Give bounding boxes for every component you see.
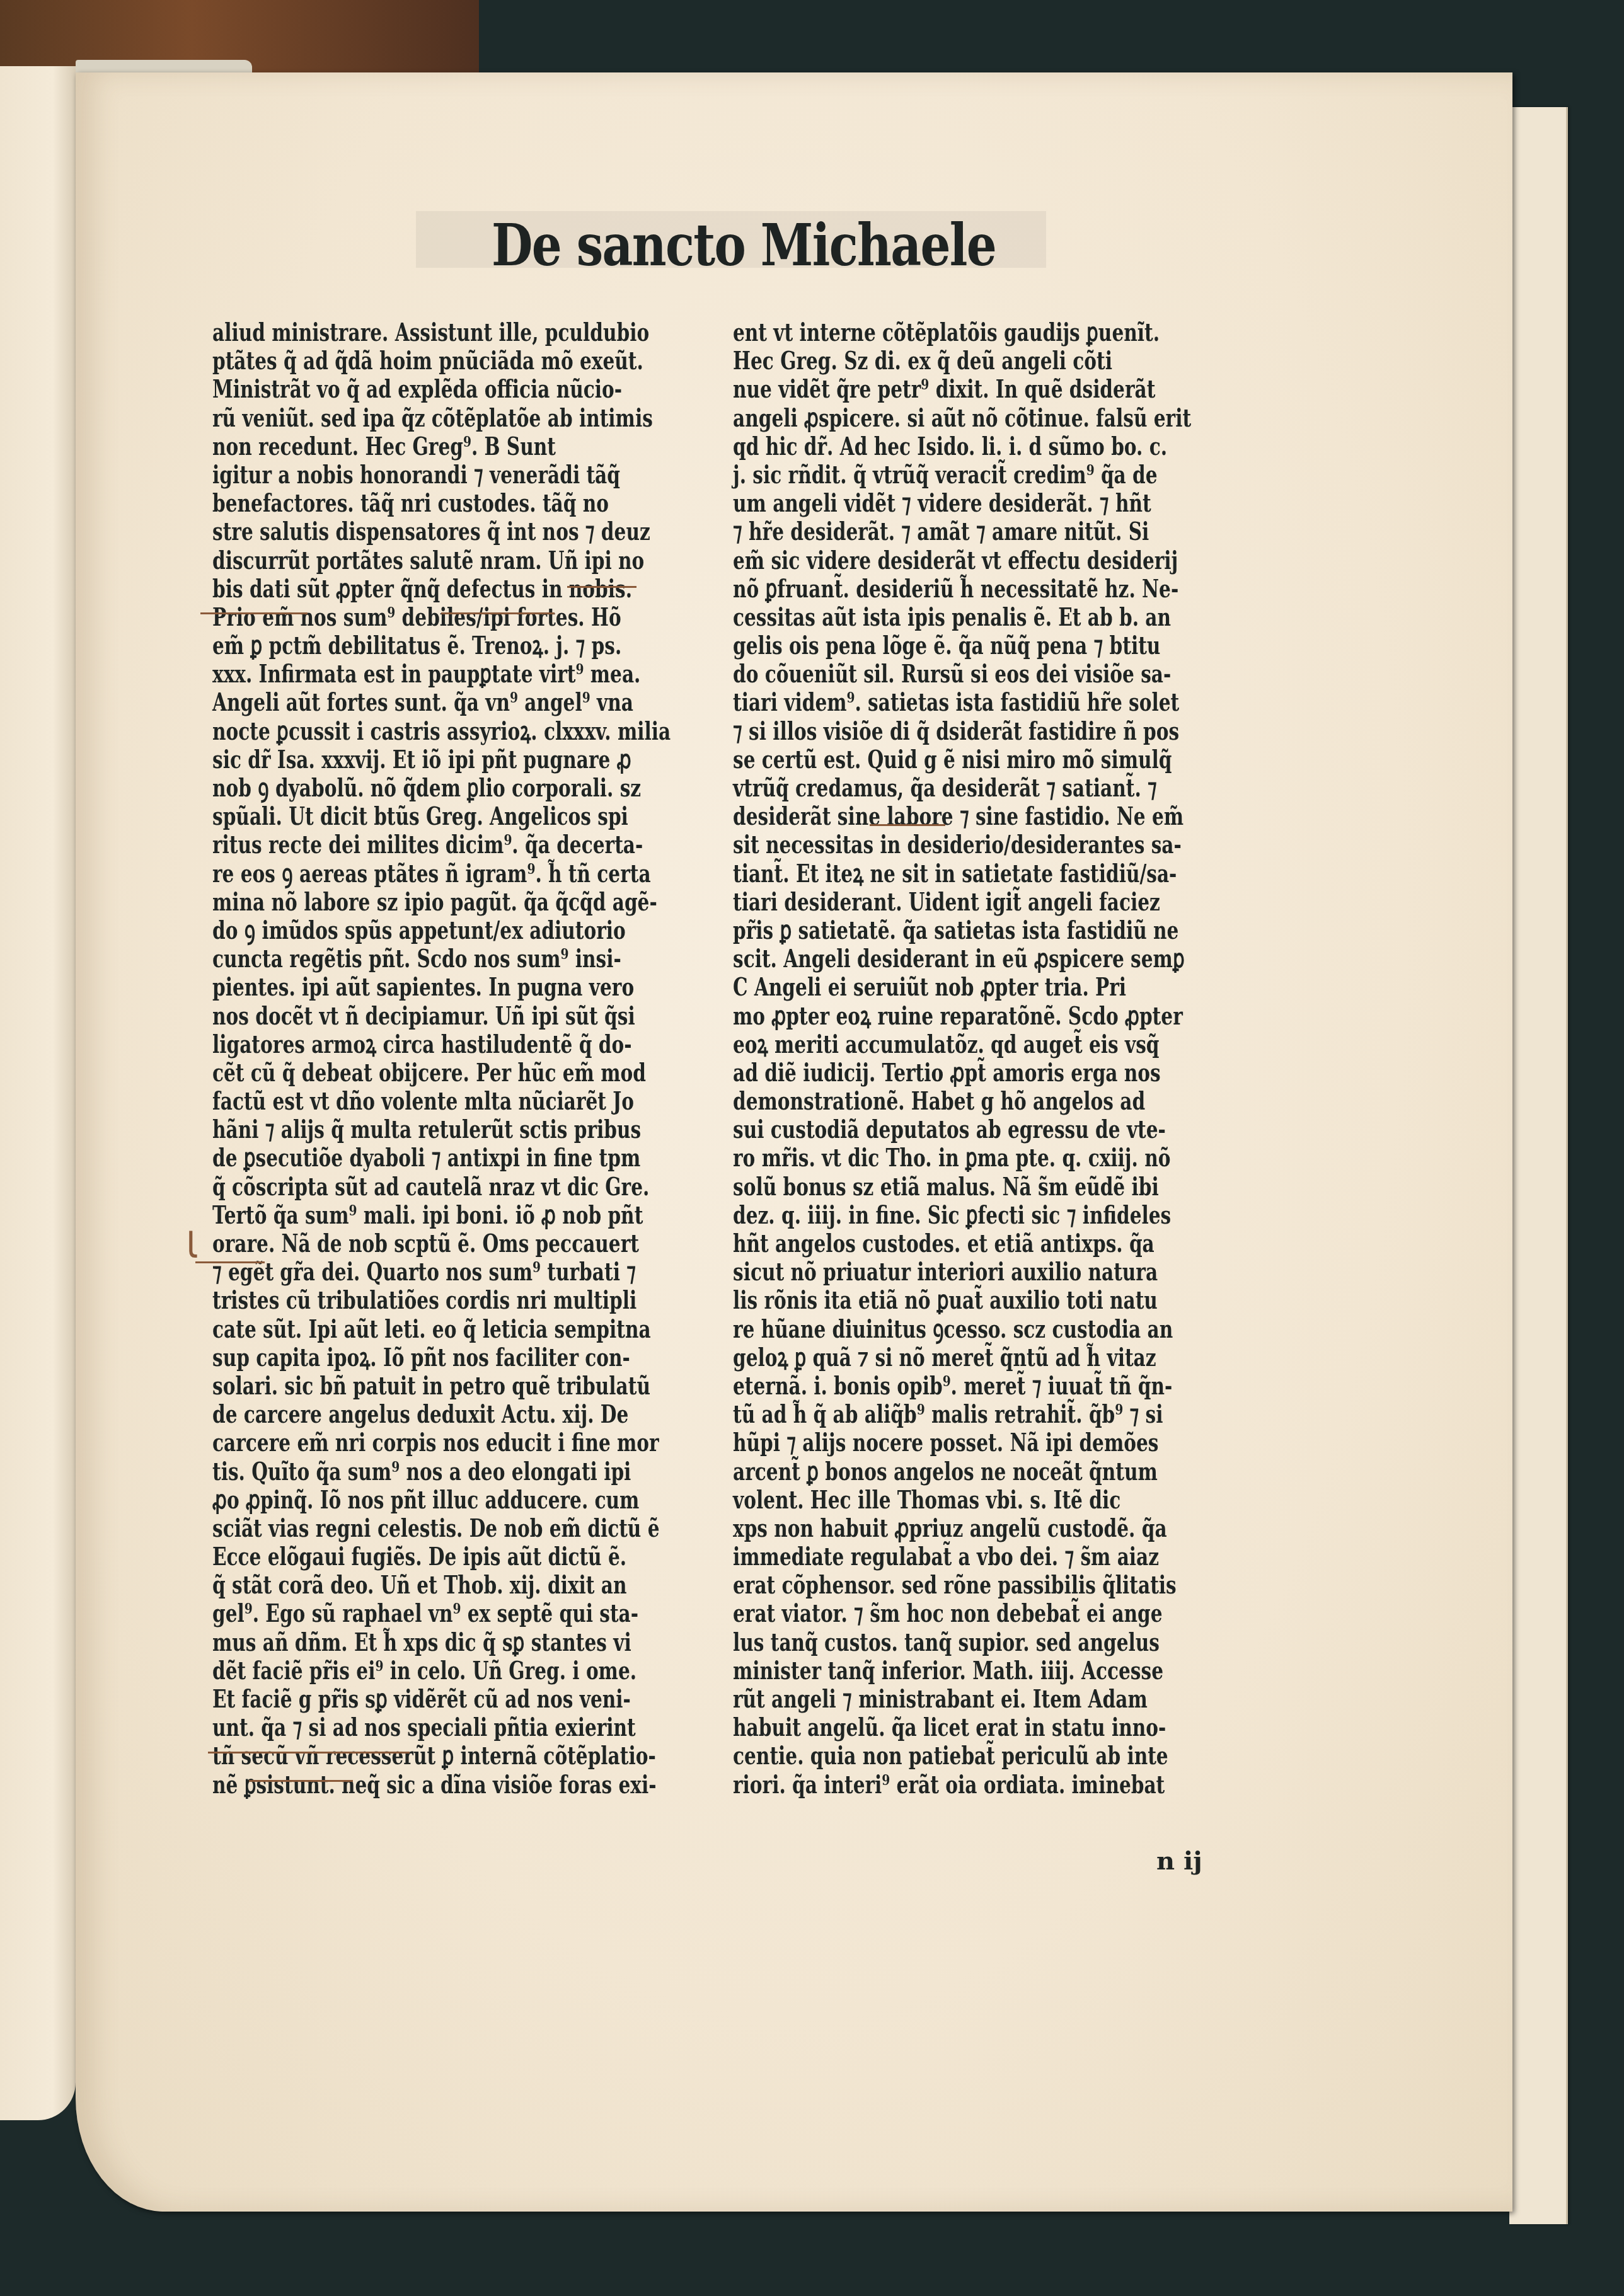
- text-line: tristes cũ tribulatiões cordis nri multi…: [212, 1286, 717, 1314]
- text-line-content: arcent̃ ꝑ bonos angelos ne noceãt q̃ntum: [733, 1457, 1158, 1486]
- text-line: tiant̃. Et iteꝝ ne sit in satietate fast…: [733, 859, 1237, 888]
- text-line: nõ ꝑfruant̃. desideriũ h̃ necessitatẽ hz…: [733, 575, 1237, 603]
- text-line: mina nõ labore sz ipio pagũt. q̃a q̃cq̃d…: [212, 888, 717, 916]
- text-line: sup capita ipoꝝ. Iõ pñt nos faciliter co…: [212, 1343, 717, 1372]
- text-line-content: erat viator. ⁊ s̃m hoc non debebat̃ ei a…: [733, 1599, 1163, 1627]
- annotation-underline: [567, 586, 636, 588]
- text-line-content: sit necessitas in desiderio/desiderantes…: [733, 830, 1182, 859]
- text-line: xps non habuit ꝓpriuz angelũ custodẽ. q̃…: [733, 1514, 1237, 1542]
- text-line-content: sic dr̃ Isa. xxxvij. Et iõ ipi pñt pugna…: [212, 745, 631, 774]
- text-line: desiderãt sine labore ⁊ sine fastidio. N…: [733, 802, 1237, 830]
- text-line: re hũane diuinitus ꝯcesso. scz custodia …: [733, 1315, 1237, 1343]
- text-line-content: Hec Greg. Sz di. ex q̃ deũ angeli cõti: [733, 347, 1112, 375]
- text-line-content: tristes cũ tribulatiões cordis nri multi…: [212, 1286, 636, 1314]
- text-line-content: xxx. Infirmata est in paupꝑtate virt⁹ me…: [212, 660, 640, 688]
- text-line: nẽ ꝑsistunt. neq̃ sic a dĩna visiõe fora…: [212, 1771, 717, 1799]
- text-line-content: hãni ⁊ alijs q̃ multa retulerũt sctis pr…: [212, 1115, 641, 1144]
- text-line-content: sui custodiã deputatos ab egressu de vte…: [733, 1115, 1166, 1144]
- text-line-content: q̃ cõscripta sũt ad cautelã nraz vt dic …: [212, 1173, 649, 1201]
- text-line: bis dati sũt ꝓpter q̃nq̃ defectus in nob…: [212, 575, 717, 603]
- text-line: tiari videm⁹. satietas ista fastidiũ hr̃…: [733, 688, 1237, 716]
- text-line-content: volent. Hec ille Thomas vbi. s. Itẽ dic: [733, 1486, 1120, 1514]
- text-line-content: riori. q̃a interi⁹ erãt oia ordiata. imi…: [733, 1771, 1165, 1799]
- text-line-content: do cõueniũt sil. Rursũ si eos dei visiõe…: [733, 660, 1171, 688]
- text-line-content: ritus recte dei milites dicim⁹. q̃a dece…: [212, 830, 643, 859]
- text-line: ptãtes q̃ ad q̃dã hoim pnũciãda mõ exeũt…: [212, 347, 717, 375]
- text-line-content: vtrũq̃ credamus, q̃a desiderãt ⁊ satiant…: [733, 774, 1157, 802]
- text-line: gelis ois pena lõge ẽ. q̃a nũq̃ pena ⁊ b…: [733, 631, 1237, 660]
- text-line: ⁊ si illos visiõe di q̃ dsiderãt fastidi…: [733, 717, 1237, 745]
- text-line-content: spũali. Ut dicit btũs Greg. Angelicos sp…: [212, 802, 628, 830]
- text-line: sit necessitas in desiderio/desiderantes…: [733, 830, 1237, 859]
- text-line-content: immediate regulabat̃ a vbo dei. ⁊ s̃m ai…: [733, 1542, 1159, 1571]
- text-line-content: tiari desiderant. Uident igit̃ angeli fa…: [733, 888, 1160, 916]
- text-line: sic dr̃ Isa. xxxvij. Et iõ ipi pñt pugna…: [212, 745, 717, 774]
- text-line-content: non recedunt. Hec Greg⁹. B Sunt: [212, 432, 556, 461]
- text-line-content: angeli ꝓspicere. si aũt nõ cõtinue. fals…: [733, 404, 1191, 432]
- text-line: cate sũt. Ipi aũt leti. eo q̃ leticia se…: [212, 1315, 717, 1343]
- text-line-content: ro mr̃is. vt dic Tho. in ꝑma pte. q. cxi…: [733, 1144, 1170, 1172]
- text-line: vtrũq̃ credamus, q̃a desiderãt ⁊ satiant…: [733, 774, 1237, 802]
- text-line: angeli ꝓspicere. si aũt nõ cõtinue. fals…: [733, 404, 1237, 432]
- text-line-content: factũ est vt dño volente mlta nũciarẽt J…: [212, 1087, 634, 1115]
- text-line-content: Et faciẽ g pr̃is sꝑ vidẽrẽt cũ ad nos ve…: [212, 1685, 631, 1713]
- text-line: lis rõnis ita etiã nõ ꝑuat̃ auxilio toti…: [733, 1286, 1237, 1314]
- text-line-content: aliud ministrare. Assistunt ille, pculdu…: [212, 318, 649, 347]
- text-line: erat viator. ⁊ s̃m hoc non debebat̃ ei a…: [733, 1599, 1237, 1627]
- text-line-content: unt. q̃a ⁊ si ad nos speciali pñtia exie…: [212, 1713, 636, 1742]
- text-line: stre salutis dispensatores q̃ int nos ⁊ …: [212, 517, 717, 546]
- text-line: unt. q̃a ⁊ si ad nos speciali pñtia exie…: [212, 1713, 717, 1742]
- text-line-content: nob ꝯ dyabolũ. nõ q̃dem ꝑlio corporali. …: [212, 774, 641, 802]
- text-line: minister tanq̃ inferior. Math. iiij. Acc…: [733, 1656, 1237, 1685]
- text-line: igitur a nobis honorandi ⁊ venerãdi tãq̃: [212, 461, 717, 489]
- text-line-content: mina nõ labore sz ipio pagũt. q̃a q̃cq̃d…: [212, 888, 657, 916]
- text-line-content: nẽ ꝑsistunt. neq̃ sic a dĩna visiõe fora…: [212, 1771, 657, 1799]
- text-line: re eos ꝯ aereas ptãtes ñ igram⁹. h̃ tñ c…: [212, 859, 717, 888]
- facing-page-edge: [0, 66, 76, 2120]
- text-line-content: Ecce elõgaui fugiẽs. De ipis aũt dictũ ẽ…: [212, 1542, 626, 1571]
- text-line-content: habuit angelũ. q̃a licet erat in statu i…: [733, 1713, 1166, 1742]
- text-line-content: tiari videm⁹. satietas ista fastidiũ hr̃…: [733, 688, 1179, 716]
- text-line-content: mo ꝓpter eoꝝ ruine reparatõnẽ. Scdo ꝓpte…: [733, 1002, 1183, 1030]
- text-line-content: dez. q. iiij. in fine. Sic ꝑfecti sic ⁊ …: [733, 1201, 1171, 1229]
- text-line: dez. q. iiij. in fine. Sic ꝑfecti sic ⁊ …: [733, 1201, 1237, 1229]
- text-line-content: re eos ꝯ aereas ptãtes ñ igram⁹. h̃ tñ c…: [212, 859, 651, 888]
- text-line-content: cuncta regẽtis pñt. Scdo nos sum⁹ insi-: [212, 944, 621, 973]
- text-line: demonstrationẽ. Habet g hõ angelos ad: [733, 1087, 1237, 1115]
- text-line-content: em̃ ꝑ pctm̃ debilitatus ẽ. Trenoꝝ. j. ⁊ …: [212, 631, 621, 660]
- text-line: eoꝝ meriti accumulatõz. qd auget̃ eis vs…: [733, 1030, 1237, 1059]
- text-line: immediate regulabat̃ a vbo dei. ⁊ s̃m ai…: [733, 1542, 1237, 1571]
- text-line: Angeli aũt fortes sunt. q̃a vn⁹ angel⁹ v…: [212, 688, 717, 716]
- text-line-content: sicut nõ priuatur interiori auxilio natu…: [733, 1258, 1158, 1286]
- text-line-content: hñt angelos custodes. et etiã antixps. q…: [733, 1229, 1155, 1258]
- text-line: sciãt vias regni celestis. De nob em̃ di…: [212, 1514, 717, 1542]
- text-line: ꝓo ꝓpinq̃. Iõ nos pñt illuc adducere. cu…: [212, 1486, 717, 1514]
- text-line: rũt angeli ⁊ ministrabant ei. Item Adam: [733, 1685, 1237, 1713]
- text-line-content: Ministrãt vo q̃ ad explẽda officia nũcio…: [212, 375, 622, 403]
- text-line: nos docẽt vt ñ decipiamur. Uñ ipi sũt q̃…: [212, 1002, 717, 1030]
- text-line-content: nocte ꝑcussit i castris assyrioꝝ. clxxxv…: [212, 717, 671, 745]
- text-line-content: cate sũt. Ipi aũt leti. eo q̃ leticia se…: [212, 1315, 651, 1343]
- text-line-content: xps non habuit ꝓpriuz angelũ custodẽ. q̃…: [733, 1514, 1167, 1542]
- text-line-content: orare. Nã de nob scptũ ẽ. Oms peccauert: [212, 1229, 639, 1258]
- text-line-content: sup capita ipoꝝ. Iõ pñt nos faciliter co…: [212, 1343, 630, 1372]
- text-line: xxx. Infirmata est in paupꝑtate virt⁹ me…: [212, 660, 717, 688]
- text-line: Hec Greg. Sz di. ex q̃ deũ angeli cõti: [733, 347, 1237, 375]
- text-line: ad diẽ iudicij. Tertio ꝓpt̃ amoris erga …: [733, 1059, 1237, 1087]
- text-line-content: stre salutis dispensatores q̃ int nos ⁊ …: [212, 517, 650, 546]
- text-line-content: nos docẽt vt ñ decipiamur. Uñ ipi sũt q̃…: [212, 1002, 635, 1030]
- text-column-left: aliud ministrare. Assistunt ille, pculdu…: [212, 318, 717, 1799]
- text-line: Ecce elõgaui fugiẽs. De ipis aũt dictũ ẽ…: [212, 1542, 717, 1571]
- text-line-content: bis dati sũt ꝓpter q̃nq̃ defectus in nob…: [212, 575, 632, 603]
- text-line: em̃ sic videre desiderãt vt effectu desi…: [733, 546, 1237, 575]
- text-line: orare. Nã de nob scptũ ẽ. Oms peccauert: [212, 1229, 717, 1258]
- text-line: cuncta regẽtis pñt. Scdo nos sum⁹ insi-: [212, 944, 717, 973]
- text-line: non recedunt. Hec Greg⁹. B Sunt: [212, 432, 717, 461]
- text-line-content: tñ secũ vñ recesserũt ꝑ internã cõtẽplat…: [212, 1742, 656, 1770]
- text-line: rũ veniũt. sed ipa q̃z cõtẽplatõe ab int…: [212, 404, 717, 432]
- text-line: mo ꝓpter eoꝝ ruine reparatõnẽ. Scdo ꝓpte…: [733, 1002, 1237, 1030]
- running-head: De sancto Michaele: [492, 211, 996, 279]
- text-line: lus tanq̃ custos. tanq̃ supior. sed ange…: [733, 1628, 1237, 1656]
- text-line-content: cẽt cũ q̃ debeat obijcere. Per hũc em̃ m…: [212, 1059, 646, 1087]
- text-line-content: desiderãt sine labore ⁊ sine fastidio. N…: [733, 802, 1183, 830]
- text-line: pientes. ipi aũt sapientes. In pugna ver…: [212, 973, 717, 1001]
- text-line: sicut nõ priuatur interiori auxilio natu…: [733, 1258, 1237, 1286]
- annotation-margin-mark: ﺎ: [186, 1225, 197, 1266]
- text-line: discurrũt portãtes salutẽ nram. Uñ ipi n…: [212, 546, 717, 575]
- text-line: gel⁹. Ego sũ raphael vn⁹ ex septẽ qui st…: [212, 1599, 717, 1627]
- text-line-content: solũ bonus sz etiã malus. Nã s̃m eũdẽ ib…: [733, 1173, 1159, 1201]
- text-line-content: nue vidẽt q̃re petr⁹ dixit. In quẽ dside…: [733, 375, 1155, 403]
- text-line: arcent̃ ꝑ bonos angelos ne noceãt q̃ntum: [733, 1457, 1237, 1486]
- text-line-content: rũt angeli ⁊ ministrabant ei. Item Adam: [733, 1685, 1148, 1713]
- text-line-content: qd hic dr̃. Ad hec Isido. li. i. d sũmo …: [733, 432, 1167, 461]
- text-line-content: ꝓo ꝓpinq̃. Iõ nos pñt illuc adducere. cu…: [212, 1486, 639, 1514]
- text-line: cẽt cũ q̃ debeat obijcere. Per hũc em̃ m…: [212, 1059, 717, 1087]
- text-line: Tertõ q̃a sum⁹ mali. ipi boni. iõ ꝓ nob …: [212, 1201, 717, 1229]
- text-line-content: eternã. i. bonis opib⁹. meret̃ ⁊ iuuat̃ …: [733, 1372, 1172, 1400]
- text-line-content: demonstrationẽ. Habet g hõ angelos ad: [733, 1087, 1145, 1115]
- text-line: qd hic dr̃. Ad hec Isido. li. i. d sũmo …: [733, 432, 1237, 461]
- text-line: em̃ ꝑ pctm̃ debilitatus ẽ. Trenoꝝ. j. ⁊ …: [212, 631, 717, 660]
- text-line: habuit angelũ. q̃a licet erat in statu i…: [733, 1713, 1237, 1742]
- text-line: q̃ stãt corã deo. Uñ et Thob. xij. dixit…: [212, 1571, 717, 1599]
- text-line-content: discurrũt portãtes salutẽ nram. Uñ ipi n…: [212, 546, 644, 575]
- text-line-content: carcere em̃ nri corpis nos educit i fine…: [212, 1428, 659, 1457]
- text-line-content: ptãtes q̃ ad q̃dã hoim pnũciãda mõ exeũt…: [212, 347, 643, 375]
- text-line: dẽt faciẽ pr̃is ei⁹ in celo. Uñ Greg. i …: [212, 1656, 717, 1685]
- text-line: Ministrãt vo q̃ ad explẽda officia nũcio…: [212, 375, 717, 403]
- text-line-content: ⁊ hr̃e desiderãt. ⁊ amãt ⁊ amare nitũt. …: [733, 517, 1149, 546]
- text-line: hñt angelos custodes. et etiã antixps. q…: [733, 1229, 1237, 1258]
- text-line: ro mr̃is. vt dic Tho. in ꝑma pte. q. cxi…: [733, 1144, 1237, 1172]
- text-line-content: sciãt vias regni celestis. De nob em̃ di…: [212, 1514, 659, 1542]
- text-line: nocte ꝑcussit i castris assyrioꝝ. clxxxv…: [212, 717, 717, 745]
- text-line: de carcere angelus deduxit Actu. xij. De: [212, 1400, 717, 1428]
- text-line: do ꝯ imũdos spũs appetunt/ex adiutorio: [212, 916, 717, 944]
- text-line: volent. Hec ille Thomas vbi. s. Itẽ dic: [733, 1486, 1237, 1514]
- text-line-content: ad diẽ iudicij. Tertio ꝓpt̃ amoris erga …: [733, 1059, 1161, 1087]
- text-line: sui custodiã deputatos ab egressu de vte…: [733, 1115, 1237, 1144]
- text-line-content: dẽt faciẽ pr̃is ei⁹ in celo. Uñ Greg. i …: [212, 1656, 636, 1685]
- text-line-content: C Angeli ei seruiũt nob ꝓpter tria. Pri: [733, 973, 1126, 1001]
- text-line-content: nõ ꝑfruant̃. desideriũ h̃ necessitatẽ hz…: [733, 575, 1178, 603]
- text-line: tñ secũ vñ recesserũt ꝑ internã cõtẽplat…: [212, 1742, 717, 1770]
- text-line-content: minister tanq̃ inferior. Math. iiij. Acc…: [733, 1656, 1163, 1685]
- text-line-content: um angeli vidẽt ⁊ videre desiderãt. ⁊ hñ…: [733, 489, 1151, 517]
- text-line-content: de carcere angelus deduxit Actu. xij. De: [212, 1400, 628, 1428]
- text-line: hũpi ⁊ alijs nocere posset. Nã ipi demõe…: [733, 1428, 1237, 1457]
- text-line-content: j. sic rñdit. q̃ vtrũq̃ veracit̃ credim⁹…: [733, 461, 1158, 489]
- text-line-content: tis. Quĩto q̃a sum⁹ nos a deo elongati i…: [212, 1457, 631, 1486]
- text-line: cessitas aũt ista ipis penalis ẽ. Et ab …: [733, 603, 1237, 631]
- text-line: ent vt interne cõtẽplatõis gaudijs ꝑuenĩ…: [733, 318, 1237, 347]
- text-line-content: solari. sic bñ patuit in petro quẽ tribu…: [212, 1372, 650, 1400]
- text-line-content: se certũ est. Quid g ẽ nisi miro mõ simu…: [733, 745, 1172, 774]
- annotation-underline: [441, 612, 555, 614]
- text-line: ligatores armoꝝ circa hastiludentẽ q̃ do…: [212, 1030, 717, 1059]
- text-line: carcere em̃ nri corpis nos educit i fine…: [212, 1428, 717, 1457]
- text-line: riori. q̃a interi⁹ erãt oia ordiata. imi…: [733, 1771, 1237, 1799]
- text-line-content: Tertõ q̃a sum⁹ mali. ipi boni. iõ ꝓ nob …: [212, 1201, 643, 1229]
- text-line: nob ꝯ dyabolũ. nõ q̃dem ꝑlio corporali. …: [212, 774, 717, 802]
- text-line-content: benefactores. tãq̃ nri custodes. tãq̃ no: [212, 489, 609, 517]
- text-line: Et faciẽ g pr̃is sꝑ vidẽrẽt cũ ad nos ve…: [212, 1685, 717, 1713]
- text-line-content: eoꝝ meriti accumulatõz. qd auget̃ eis vs…: [733, 1030, 1160, 1059]
- text-line: ⁊ hr̃e desiderãt. ⁊ amãt ⁊ amare nitũt. …: [733, 517, 1237, 546]
- text-line-content: tũ ad h̃ q̃ ab aliq̃b⁹ malis retrahit̃. …: [733, 1400, 1163, 1428]
- text-line: benefactores. tãq̃ nri custodes. tãq̃ no: [212, 489, 717, 517]
- text-line: tis. Quĩto q̃a sum⁹ nos a deo elongati i…: [212, 1457, 717, 1486]
- annotation-underline: [208, 1752, 410, 1754]
- text-line-content: scit. Angeli desiderant in eũ ꝓspicere s…: [733, 944, 1185, 973]
- text-line-content: em̃ sic videre desiderãt vt effectu desi…: [733, 546, 1178, 575]
- text-line-content: mus añ dñm. Et h̃ xps dic q̃ sꝑ stantes …: [212, 1628, 631, 1656]
- text-line: eternã. i. bonis opib⁹. meret̃ ⁊ iuuat̃ …: [733, 1372, 1237, 1400]
- text-line: hãni ⁊ alijs q̃ multa retulerũt sctis pr…: [212, 1115, 717, 1144]
- text-line: q̃ cõscripta sũt ad cautelã nraz vt dic …: [212, 1173, 717, 1201]
- text-line: do cõueniũt sil. Rursũ si eos dei visiõe…: [733, 660, 1237, 688]
- text-line-content: cessitas aũt ista ipis penalis ẽ. Et ab …: [733, 603, 1171, 631]
- text-line: aliud ministrare. Assistunt ille, pculdu…: [212, 318, 717, 347]
- text-line-content: ⁊ si illos visiõe di q̃ dsiderãt fastidi…: [733, 717, 1179, 745]
- annotation-underline: [249, 1780, 353, 1782]
- text-column-right: ent vt interne cõtẽplatõis gaudijs ꝑuenĩ…: [733, 318, 1237, 1799]
- text-line: solũ bonus sz etiã malus. Nã s̃m eũdẽ ib…: [733, 1173, 1237, 1201]
- text-line: centie. quia non patiebat̃ periculũ ab i…: [733, 1742, 1237, 1770]
- text-line: pr̃is ꝑ satietatẽ. q̃a satietas ista fas…: [733, 916, 1237, 944]
- text-line-content: q̃ stãt corã deo. Uñ et Thob. xij. dixit…: [212, 1571, 626, 1599]
- text-line: C Angeli ei seruiũt nob ꝓpter tria. Pri: [733, 973, 1237, 1001]
- text-line: solari. sic bñ patuit in petro quẽ tribu…: [212, 1372, 717, 1400]
- text-line-content: ligatores armoꝝ circa hastiludentẽ q̃ do…: [212, 1030, 631, 1059]
- text-line: scit. Angeli desiderant in eũ ꝓspicere s…: [733, 944, 1237, 973]
- text-line-content: pr̃is ꝑ satietatẽ. q̃a satietas ista fas…: [733, 916, 1178, 944]
- text-line-content: gelis ois pena lõge ẽ. q̃a nũq̃ pena ⁊ b…: [733, 631, 1160, 660]
- text-line-content: ⁊ egẽt gr̃a dei. Quarto nos sum⁹ turbati…: [212, 1258, 636, 1286]
- signature-mark: n ij: [1156, 1846, 1202, 1876]
- text-line-content: erat cõphensor. sed rõne passibilis q̃li…: [733, 1571, 1177, 1599]
- text-line: tũ ad h̃ q̃ ab aliq̃b⁹ malis retrahit̃. …: [733, 1400, 1237, 1428]
- text-line: um angeli vidẽt ⁊ videre desiderãt. ⁊ hñ…: [733, 489, 1237, 517]
- text-line-content: ent vt interne cõtẽplatõis gaudijs ꝑuenĩ…: [733, 318, 1160, 347]
- text-line-content: rũ veniũt. sed ipa q̃z cõtẽplatõe ab int…: [212, 404, 653, 432]
- underlying-leaf-edge: [1509, 107, 1568, 2224]
- text-line-content: tiant̃. Et iteꝝ ne sit in satietate fast…: [733, 859, 1177, 888]
- text-line: erat cõphensor. sed rõne passibilis q̃li…: [733, 1571, 1237, 1599]
- text-line: Prio em̃ nos sum⁹ debiles/ipi fortes. Hõ: [212, 603, 717, 631]
- text-line-content: Prio em̃ nos sum⁹ debiles/ipi fortes. Hõ: [212, 603, 621, 631]
- text-line: tiari desiderant. Uident igit̃ angeli fa…: [733, 888, 1237, 916]
- text-line-content: gel⁹. Ego sũ raphael vn⁹ ex septẽ qui st…: [212, 1599, 638, 1627]
- annotation-underline: [200, 612, 308, 614]
- text-line: geloꝝ ꝑ quã ⁊ si nõ meret̃ q̃ntũ ad h̃ v…: [733, 1343, 1237, 1372]
- text-line-content: centie. quia non patiebat̃ periculũ ab i…: [733, 1742, 1168, 1770]
- text-line: spũali. Ut dicit btũs Greg. Angelicos sp…: [212, 802, 717, 830]
- text-line: nue vidẽt q̃re petr⁹ dixit. In quẽ dside…: [733, 375, 1237, 403]
- text-line-content: pientes. ipi aũt sapientes. In pugna ver…: [212, 973, 634, 1001]
- text-line-content: lis rõnis ita etiã nõ ꝑuat̃ auxilio toti…: [733, 1286, 1158, 1314]
- text-line-content: hũpi ⁊ alijs nocere posset. Nã ipi demõe…: [733, 1428, 1159, 1457]
- text-line: j. sic rñdit. q̃ vtrũq̃ veracit̃ credim⁹…: [733, 461, 1237, 489]
- text-line-content: Angeli aũt fortes sunt. q̃a vn⁹ angel⁹ v…: [212, 688, 633, 716]
- annotation-underline: [870, 824, 945, 826]
- text-line: de ꝑsecutiõe dyaboli ⁊ antixpi in fine t…: [212, 1144, 717, 1172]
- text-line-content: igitur a nobis honorandi ⁊ venerãdi tãq̃: [212, 461, 620, 489]
- text-line: mus añ dñm. Et h̃ xps dic q̃ sꝑ stantes …: [212, 1628, 717, 1656]
- annotation-underline: [195, 1261, 265, 1263]
- text-line: se certũ est. Quid g ẽ nisi miro mõ simu…: [733, 745, 1237, 774]
- text-line-content: re hũane diuinitus ꝯcesso. scz custodia …: [733, 1315, 1173, 1343]
- text-line: ritus recte dei milites dicim⁹. q̃a dece…: [212, 830, 717, 859]
- text-line-content: geloꝝ ꝑ quã ⁊ si nõ meret̃ q̃ntũ ad h̃ v…: [733, 1343, 1156, 1372]
- text-line: ⁊ egẽt gr̃a dei. Quarto nos sum⁹ turbati…: [212, 1258, 717, 1286]
- text-line: factũ est vt dño volente mlta nũciarẽt J…: [212, 1087, 717, 1115]
- text-line-content: lus tanq̃ custos. tanq̃ supior. sed ange…: [733, 1628, 1160, 1656]
- text-line-content: de ꝑsecutiõe dyaboli ⁊ antixpi in fine t…: [212, 1144, 640, 1172]
- text-line-content: do ꝯ imũdos spũs appetunt/ex adiutorio: [212, 916, 626, 944]
